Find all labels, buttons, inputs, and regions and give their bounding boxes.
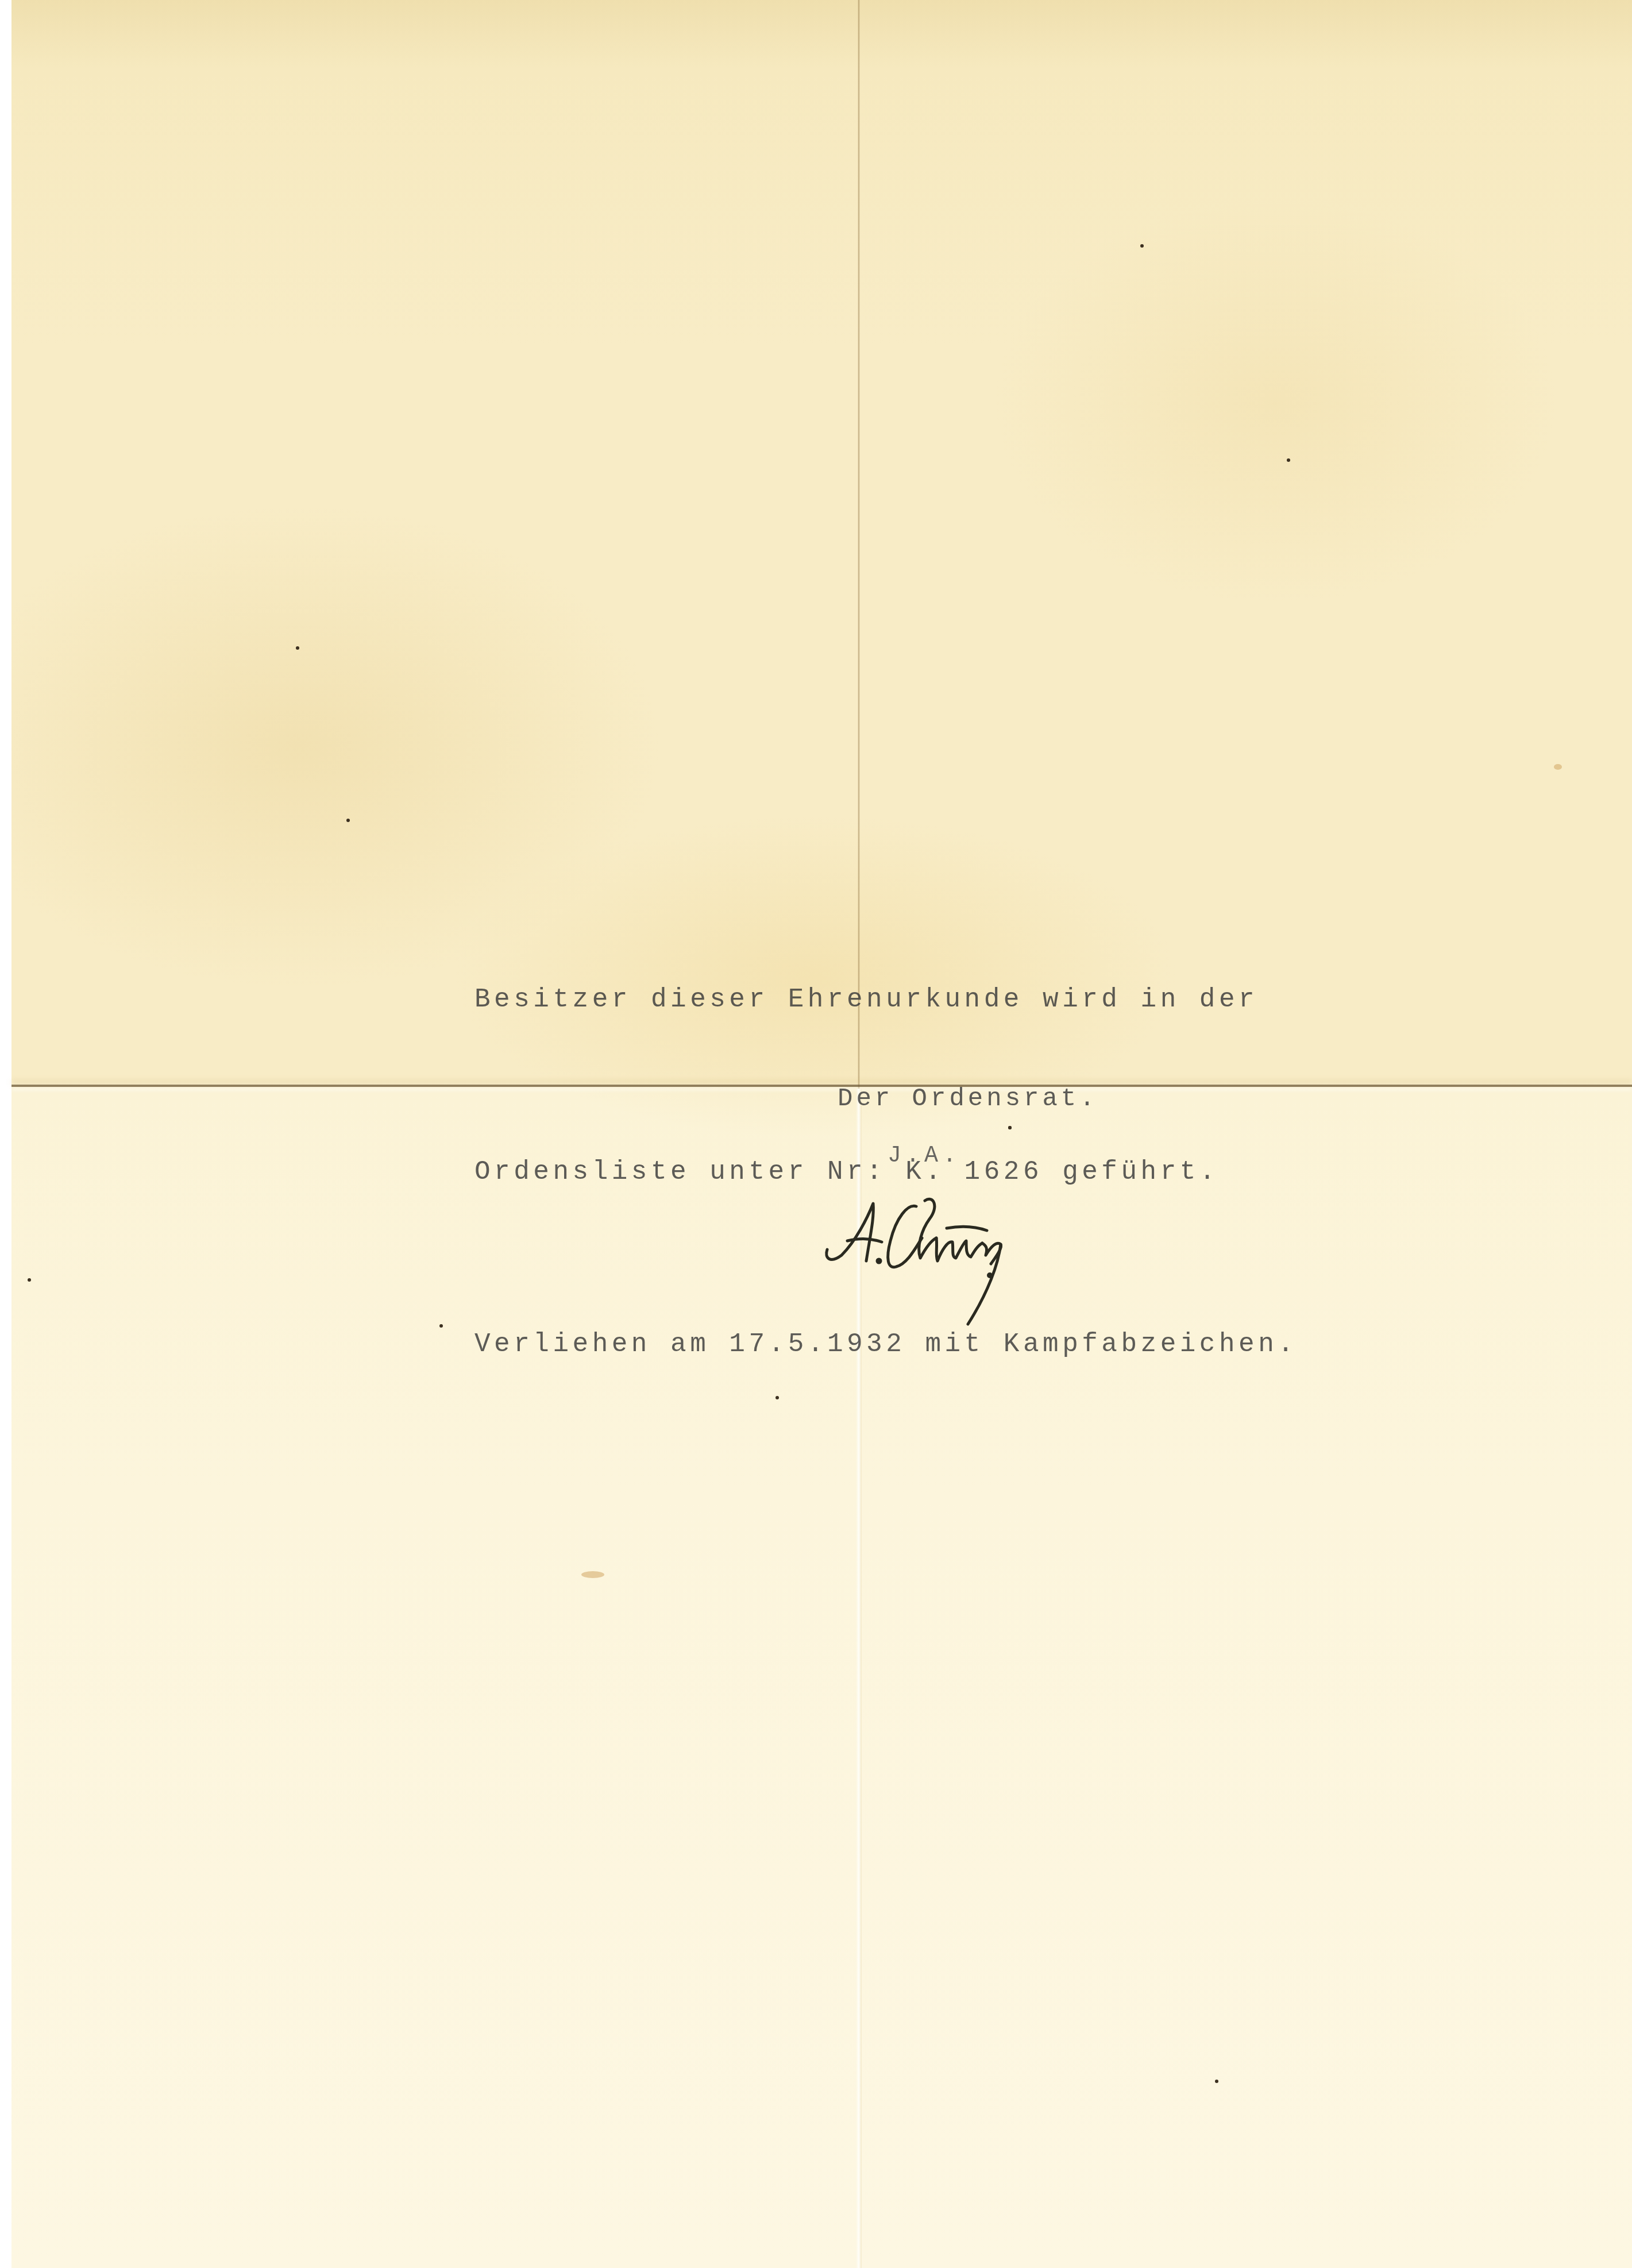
on-behalf-abbrev: J.A.: [888, 1143, 961, 1169]
paper-stain: [581, 1571, 604, 1578]
ink-speck: [439, 1324, 443, 1328]
issuer-line: Der Ordensrat.: [838, 1085, 1098, 1113]
typed-body: Besitzer dieser Ehrenurkunde wird in der…: [474, 856, 1297, 1430]
handwritten-signature: A. Schürz: [816, 1183, 1057, 1327]
ink-speck: [1008, 1126, 1012, 1129]
ink-speck: [296, 646, 299, 650]
body-line-1: Besitzer dieser Ehrenurkunde wird in der: [474, 971, 1297, 1028]
ink-speck: [1140, 244, 1144, 248]
paper-stain: [1554, 764, 1562, 770]
ink-speck: [1215, 2080, 1218, 2083]
ink-speck: [346, 819, 350, 822]
ink-speck: [1287, 458, 1290, 462]
ink-speck: [28, 1278, 31, 1282]
